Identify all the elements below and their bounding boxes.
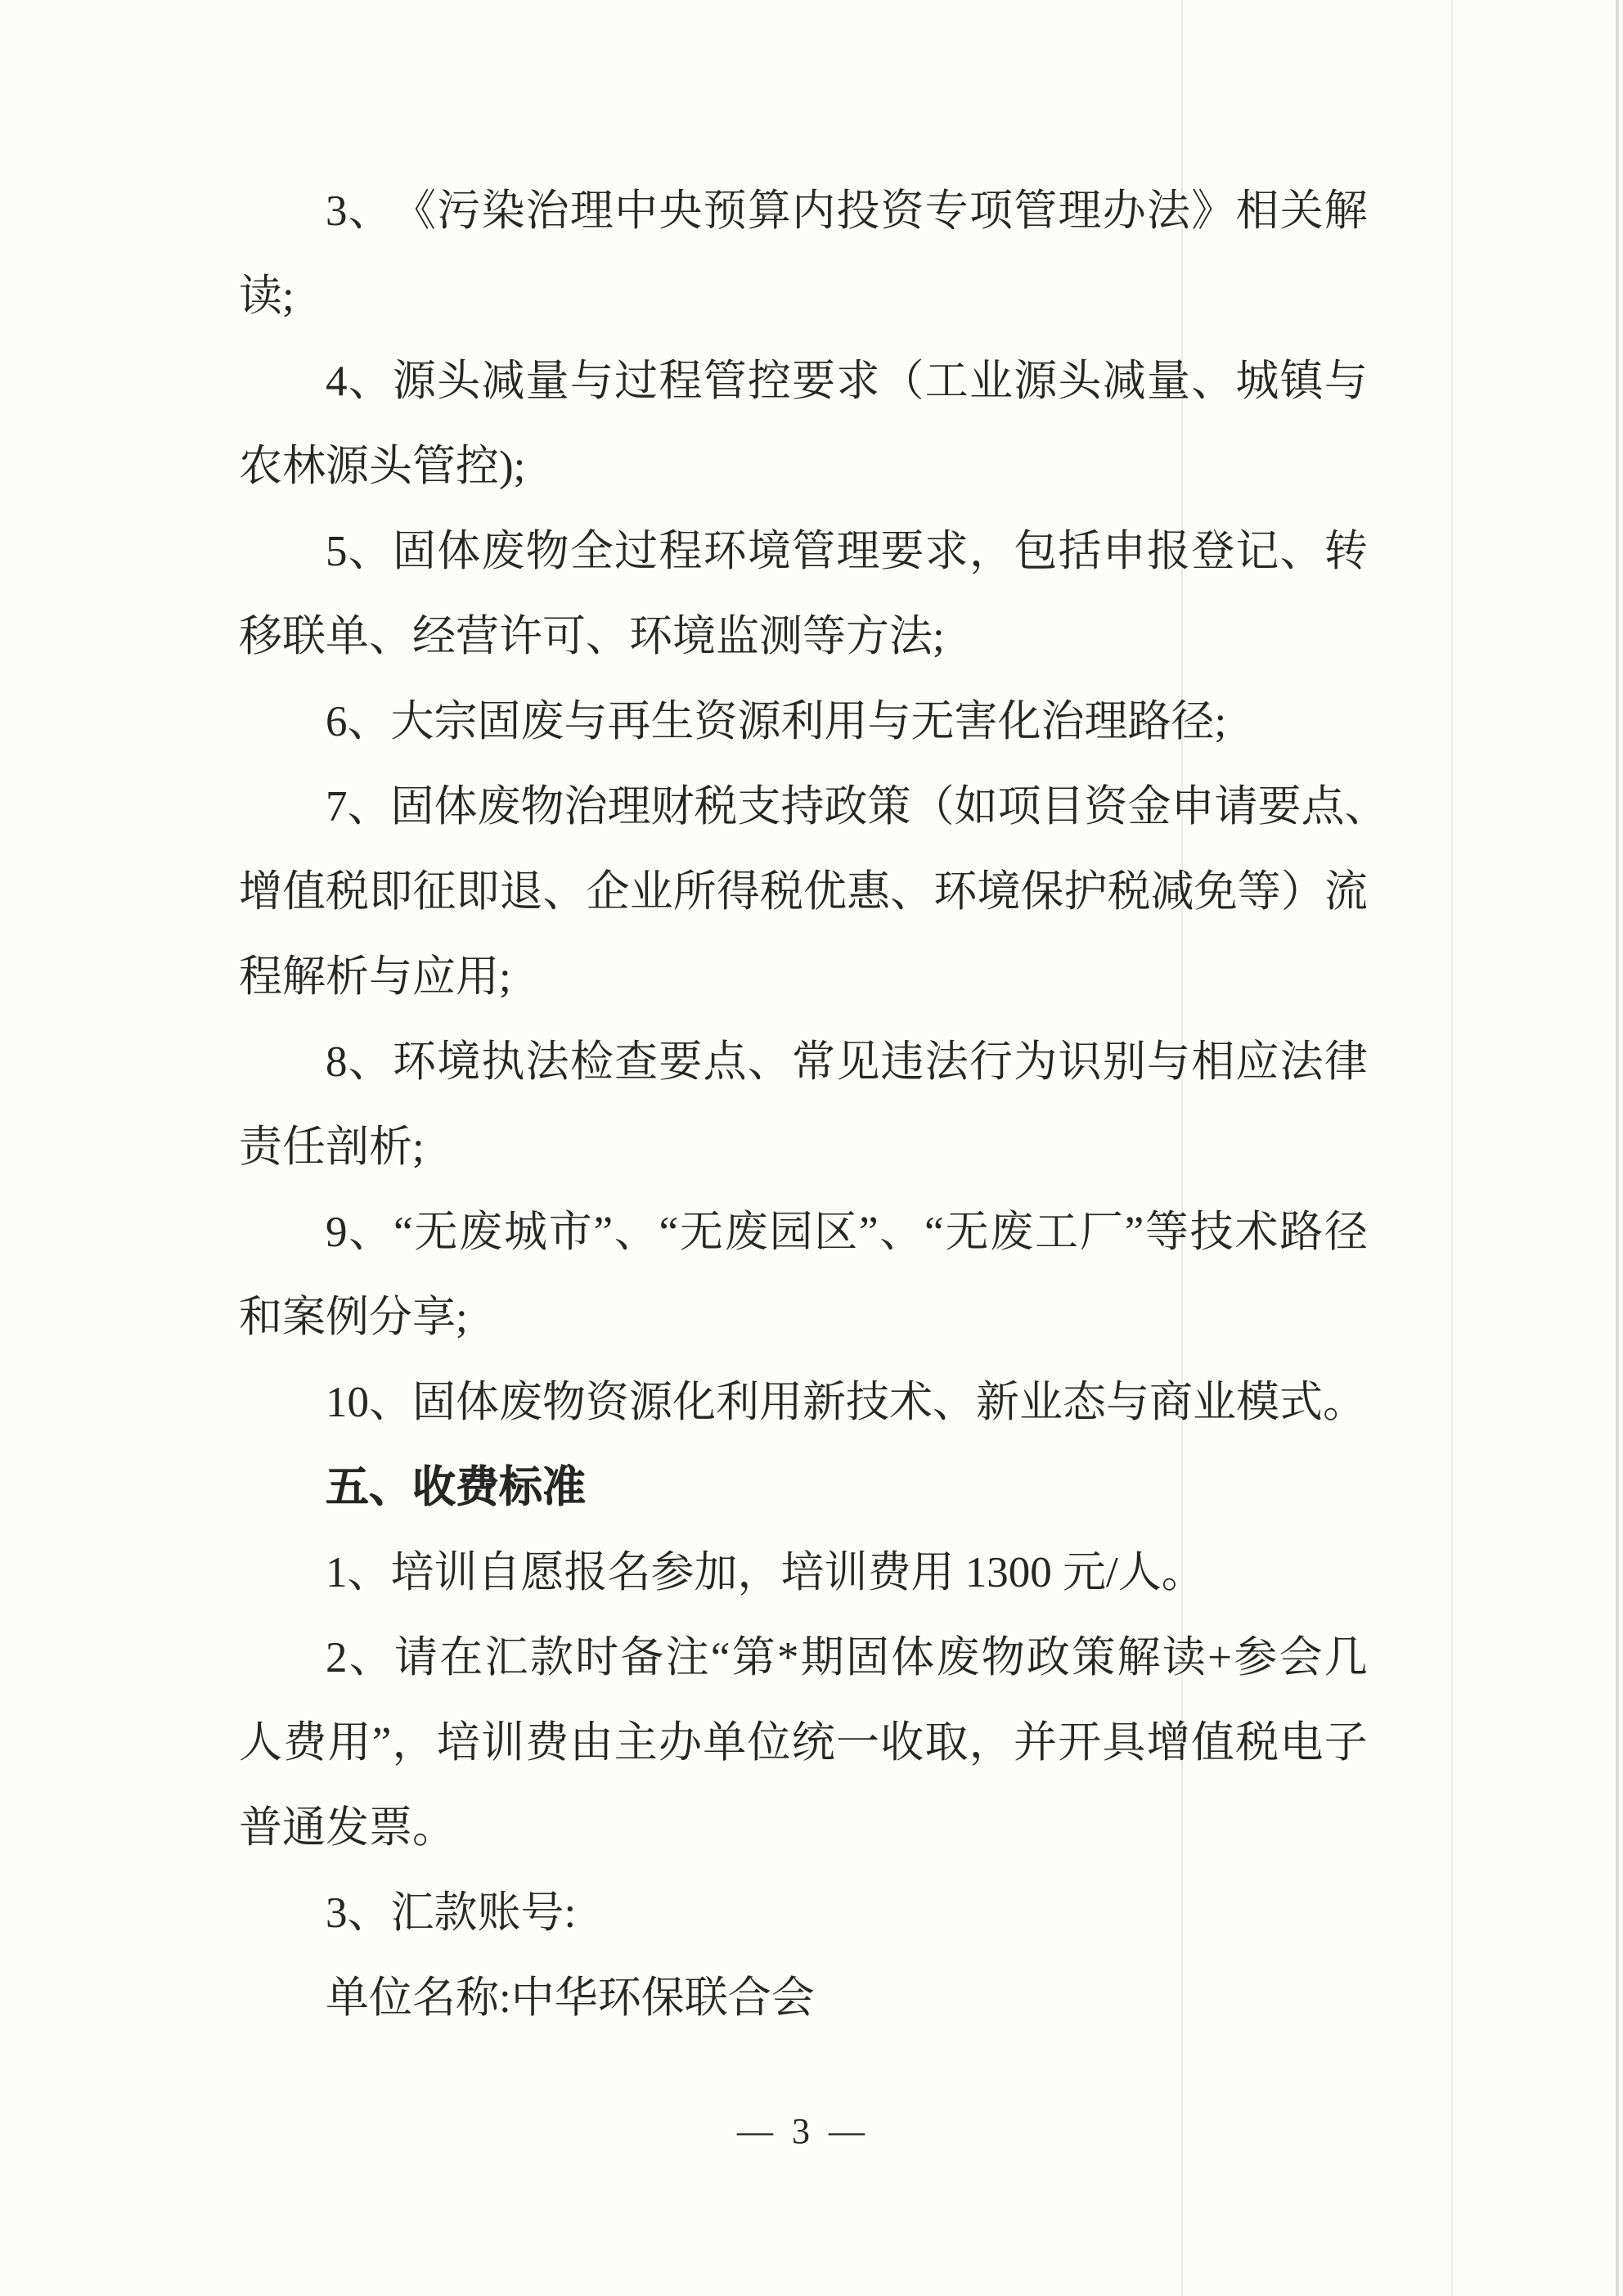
text-line: 农林源头管控); bbox=[239, 424, 1368, 509]
scan-edge-shadow bbox=[1616, 0, 1619, 2296]
text-line: 4、源头减量与过程管控要求（工业源头减量、城镇与 bbox=[239, 339, 1368, 424]
text-line: 7、固体废物治理财税支持政策（如项目资金申请要点、 bbox=[239, 764, 1368, 849]
text-line: 普通发票。 bbox=[239, 1785, 1368, 1871]
text-line: 6、大宗固废与再生资源利用与无害化治理路径; bbox=[239, 679, 1368, 764]
text-line: 3、《污染治理中央预算内投资专项管理办法》相关解 bbox=[239, 169, 1368, 254]
page-number: — 3 — bbox=[239, 2095, 1368, 2168]
text-line: 2、请在汇款时备注“第*期固体废物政策解读+参会几 bbox=[239, 1615, 1368, 1700]
text-line: 读; bbox=[239, 254, 1368, 339]
text-line: 3、汇款账号: bbox=[239, 1871, 1368, 1956]
text-line: 移联单、经营许可、环境监测等方法; bbox=[239, 594, 1368, 679]
text-line: 8、环境执法检查要点、常见违法行为识别与相应法律 bbox=[239, 1020, 1368, 1105]
text-line: 10、固体废物资源化利用新技术、新业态与商业模式。 bbox=[239, 1360, 1368, 1445]
text-line: 和案例分享; bbox=[239, 1275, 1368, 1360]
text-line: 责任剖析; bbox=[239, 1105, 1368, 1190]
section-heading: 五、收费标准 bbox=[239, 1445, 1368, 1530]
text-line: 5、固体废物全过程环境管理要求，包括申报登记、转 bbox=[239, 509, 1368, 594]
text-line: 单位名称:中华环保联合会 bbox=[239, 1956, 1368, 2041]
text-line: 程解析与应用; bbox=[239, 934, 1368, 1020]
text-line: 1、培训自愿报名参加，培训费用 1300 元/人。 bbox=[239, 1530, 1368, 1615]
text-line: 人费用”，培训费由主办单位统一收取，并开具增值税电子 bbox=[239, 1700, 1368, 1785]
scan-streak-artifact bbox=[1451, 0, 1453, 2296]
document-body: 3、《污染治理中央预算内投资专项管理办法》相关解读;4、源头减量与过程管控要求（… bbox=[239, 169, 1368, 2041]
text-line: 9、“无废城市”、“无废园区”、“无废工厂”等技术路径 bbox=[239, 1190, 1368, 1275]
document-page: 3、《污染治理中央预算内投资专项管理办法》相关解读;4、源头减量与过程管控要求（… bbox=[0, 0, 1623, 2296]
text-line: 增值税即征即退、企业所得税优惠、环境保护税减免等）流 bbox=[239, 849, 1368, 934]
